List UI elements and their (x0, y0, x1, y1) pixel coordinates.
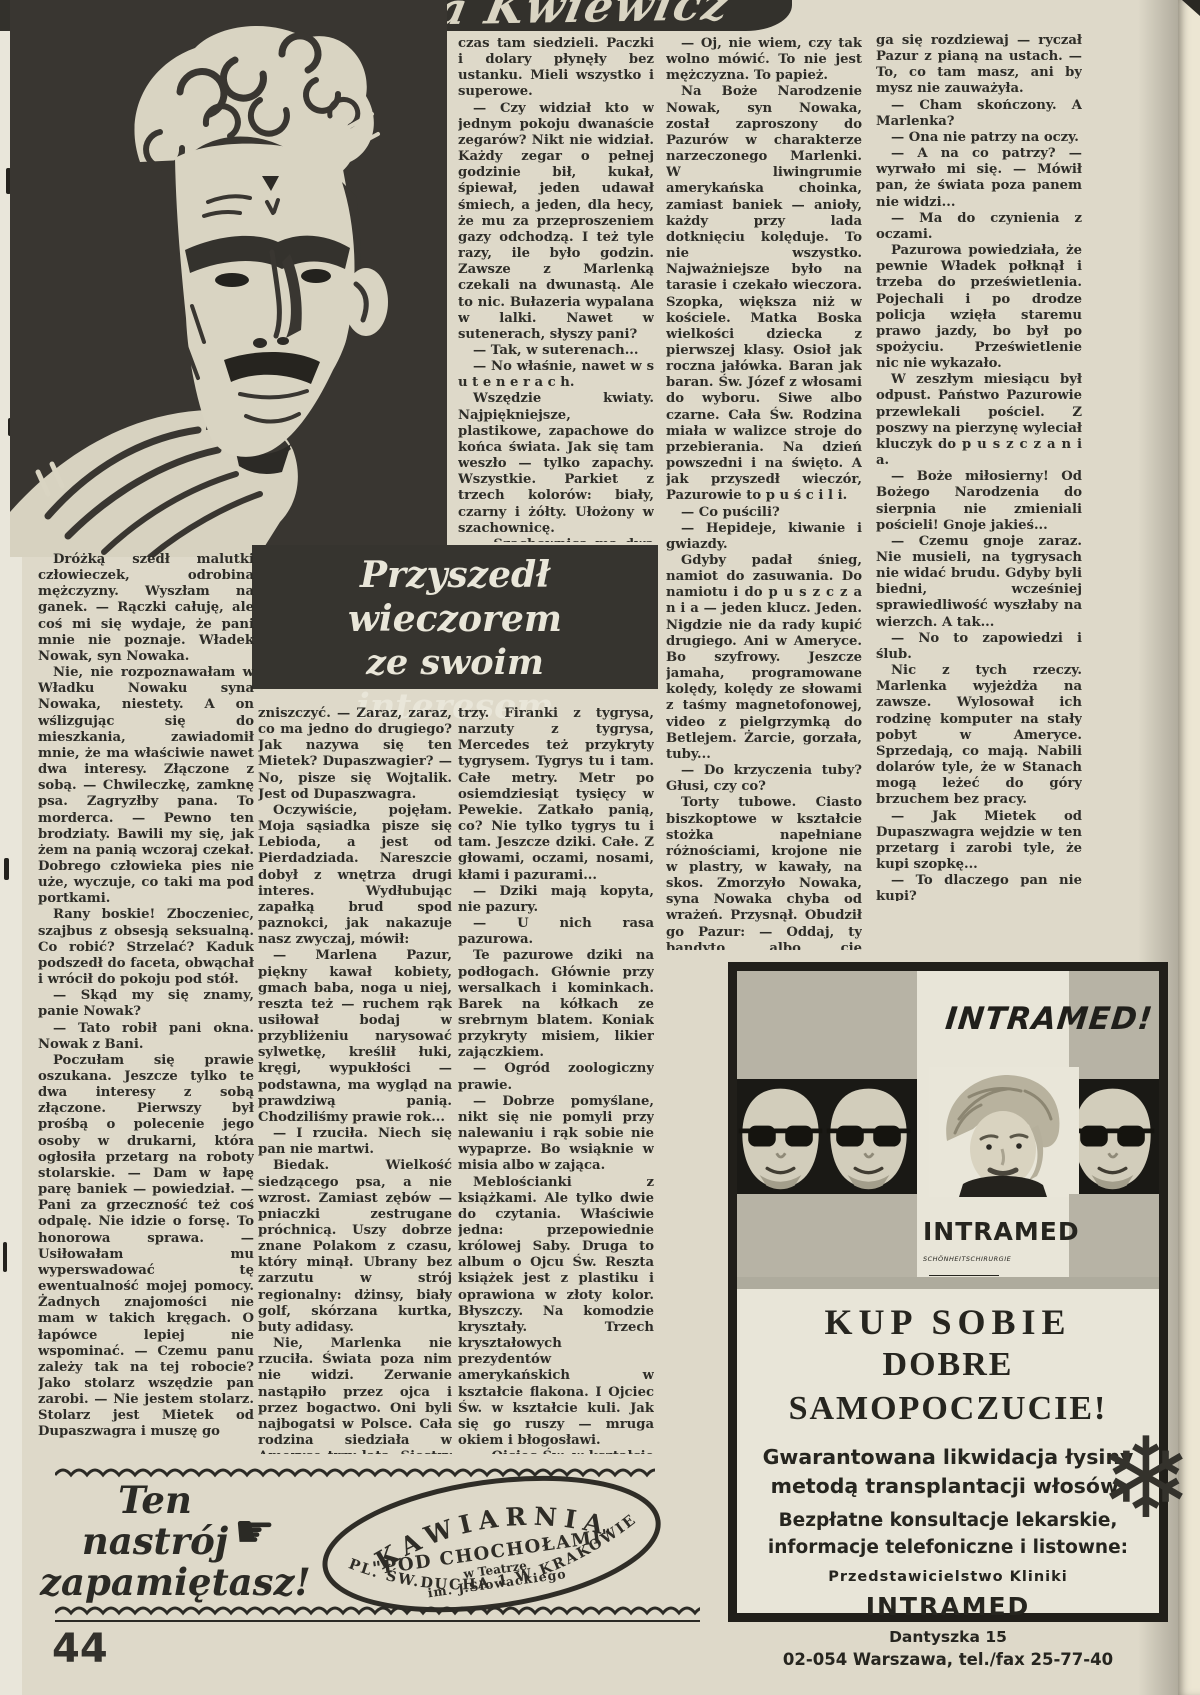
paragraph: — Tato robił pani okna. Nowak z Bani. (38, 1021, 254, 1053)
paragraph: — U nich rasa pazurowa. (458, 916, 654, 948)
ad-gray-band (737, 1277, 1159, 1289)
paragraph: Biedak. Wielkość siedzącego psa, a nie w… (258, 1158, 452, 1336)
bald-heads-photo (737, 1079, 917, 1194)
paragraph: Gdyby padał śnieg, namiot do zasuwania. … (666, 553, 862, 763)
scan-artifact (4, 858, 9, 880)
paragraph: trzy. Firanki z tygrysa, narzuty z tygry… (458, 706, 654, 884)
ad-heads-panel-right (1069, 1079, 1159, 1194)
paragraph: — A na co patrzy? — wyrwało mi się. — Mó… (876, 146, 1082, 211)
intramed-logo: INTRAMED (923, 1217, 1087, 1246)
paragraph: — Czemu gnoje zaraz. Nie musieli, na tyg… (876, 534, 1082, 631)
intramed-logo-block: INTRAMED SCHÖNHEITSCHIRURGIE (923, 1217, 1087, 1284)
portrait-illustration (10, 0, 447, 557)
paragraph: — No właśnie, nawet w s u t e n e r a c … (458, 359, 654, 391)
logo-rule (929, 1275, 999, 1276)
page-number: 44 (52, 1626, 108, 1672)
blond-man-photo (929, 1067, 1079, 1197)
ad-line: Gwarantowana likwidacja łysiny (737, 1443, 1159, 1472)
headline-line: Przyszedł wieczorem (252, 545, 658, 641)
headline-line: ze swoim (252, 641, 658, 685)
paragraph: Nie, nie rozpoznawałam w Władku Nowaku s… (38, 665, 254, 907)
scan-artifact (1182, 0, 1200, 16)
paragraph: Wszędzie kwiaty. Najpiękniejsze, plastik… (458, 391, 654, 536)
paragraph: — Cham skończony. A Marlenka? (876, 98, 1082, 130)
paragraph: Te pazurowe dziki na podłogach. Głównie … (458, 948, 654, 1061)
paragraph: — Hepideje, kiwanie i gwiazdy. (666, 521, 862, 553)
paragraph: Meblościanki z książkami. Ale tylko dwie… (458, 1175, 654, 1450)
paragraph: — Ogród zoologiczny prawie. (458, 1061, 654, 1093)
wavy-divider (55, 1604, 700, 1618)
article-column-5: ga się rozdziewaj — ryczał Pazur z pianą… (876, 33, 1082, 901)
snowflake-icon: ❄ (1099, 1423, 1193, 1535)
ad-photo-montage: INTRAMED! (737, 971, 1159, 1295)
ad-line: informacje telefoniczne i listowne: (737, 1534, 1159, 1561)
paragraph: — Dziki mają kopyta, nie pazury. (458, 884, 654, 916)
intramed-logo-subtitle: SCHÖNHEITSCHIRURGIE (923, 1255, 1011, 1263)
paragraph: — No to zapowiedzi i ślub. (876, 631, 1082, 663)
ad-address-street: Dantyszka 15 (737, 1625, 1159, 1649)
paragraph: Torty tubowe. Ciasto biszkoptowe w kszta… (666, 795, 862, 950)
paragraph: Na Boże Narodzenie Nowak, syn Nowaka, zo… (666, 84, 862, 504)
article-column-1: Dróżką szedł malutki człowieczek, odrobi… (38, 552, 254, 1444)
paragraph: — Tak, w suterenach... (458, 343, 654, 359)
ad-headline-line-2: DOBRE SAMOPOCZUCIE! (737, 1343, 1159, 1431)
paragraph: — Ona nie patrzy na oczy. (876, 130, 1082, 146)
ad-address-city-phone: 02-054 Warszawa, tel./fax 25-77-40 (737, 1649, 1159, 1671)
intramed-brand-wordmark: INTRAMED! (911, 1001, 1155, 1037)
paragraph: Oczywiście, pojęłam. Moja sąsiadka pisze… (258, 803, 452, 948)
paragraph: — Do krzyczenia tuby? Głusi, czy co? (666, 763, 862, 795)
article-column-3-top: czas tam siedzieli. Paczki i dolary płyn… (458, 36, 654, 542)
paragraph: — Ojciec Św. w kształcie kuli? Przecież … (458, 1449, 654, 1454)
woodcut-portrait-art (10, 0, 447, 557)
paragraph: — Marlena Pazur, piękny kawał kobiety, g… (258, 948, 452, 1126)
clinic-name: INTRAMED (737, 1591, 1159, 1623)
paragraph: — Czy widział kto w jednym pokoju dwanaś… (458, 101, 654, 343)
ad-line: metodą transplantacji włosów. (737, 1472, 1159, 1501)
paragraph: ga się rozdziewaj — ryczał Pazur z pianą… (876, 33, 1082, 98)
pointing-hand-icon: ☛ (234, 1508, 275, 1554)
article-column-2: zniszczyć. — Zaraz, zaraz, co ma jedno d… (258, 706, 452, 1454)
paragraph: czas tam siedzieli. Paczki i dolary płyn… (458, 36, 654, 101)
paragraph: — Skąd my się znamy, panie Nowak? (38, 988, 254, 1020)
ad-gray-block (737, 971, 917, 1079)
paragraph: — Boże miłosierny! Od Bożego Narodzenia … (876, 469, 1082, 534)
paragraph: Dróżką szedł malutki człowieczek, odrobi… (38, 552, 254, 665)
magazine-page: Hanna Kwiewicz (0, 0, 1200, 1695)
ad-headline-line-1: KUP SOBIE (737, 1301, 1159, 1343)
article-column-3-bottom: trzy. Firanki z tygrysa, narzuty z tygry… (458, 706, 654, 1454)
paragraph: — Dobrze pomyślane, nikt się nie pomyli … (458, 1094, 654, 1175)
paragraph: — Szachownica ma dwa kolory. (458, 537, 654, 542)
article-column-4: — Oj, nie wiem, czy tak wolno mówić. To … (666, 36, 862, 950)
ad-copy: KUP SOBIE DOBRE SAMOPOCZUCIE! Gwarantowa… (737, 1301, 1159, 1671)
paragraph: — To dlaczego pan nie kupi? (876, 873, 1082, 901)
ad-representative-line: Przedstawicielstwo Kliniki (737, 1565, 1159, 1589)
article-headline: Przyszedł wieczorem ze swoim interesem (252, 545, 658, 689)
paragraph: zniszczyć. — Zaraz, zaraz, co ma jedno d… (258, 706, 452, 803)
promo-line: zapamiętasz! (40, 1562, 270, 1603)
paragraph: Pazurowa powiedziała, że pewnie Władek p… (876, 243, 1082, 372)
paragraph: — Jak Mietek od Dupaszwagra wejdzie w te… (876, 809, 1082, 874)
paragraph: — Co puścili? (666, 505, 862, 521)
bald-head-photo (1069, 1079, 1159, 1194)
scan-artifact (3, 1242, 7, 1272)
intramed-advertisement: INTRAMED! (728, 962, 1168, 1622)
paragraph: Poczułam się prawie oszukana. Jeszcze ty… (38, 1053, 254, 1441)
paragraph: Nic z tych rzeczy. Marlenka wyjeżdża na … (876, 663, 1082, 808)
paragraph: Nie, Marlenka nie rzuciła. Świata poza n… (258, 1336, 452, 1454)
paragraph: W zeszłym miesiącu był odpust. Państwo P… (876, 372, 1082, 469)
paragraph: — Ma do czynienia z oczami. (876, 211, 1082, 243)
paragraph: — I rzuciła. Niech się pan nie martwi. (258, 1126, 452, 1158)
ad-gray-block (737, 1194, 917, 1282)
paragraph: Rany boskie! Zboczeniec, szajbus z obses… (38, 907, 254, 988)
ad-line: Bezpłatne konsultacje lekarskie, (737, 1507, 1159, 1534)
ad-heads-panel-left (737, 1079, 917, 1194)
paragraph: — Oj, nie wiem, czy tak wolno mówić. To … (666, 36, 862, 84)
horizontal-rule (55, 1620, 700, 1622)
